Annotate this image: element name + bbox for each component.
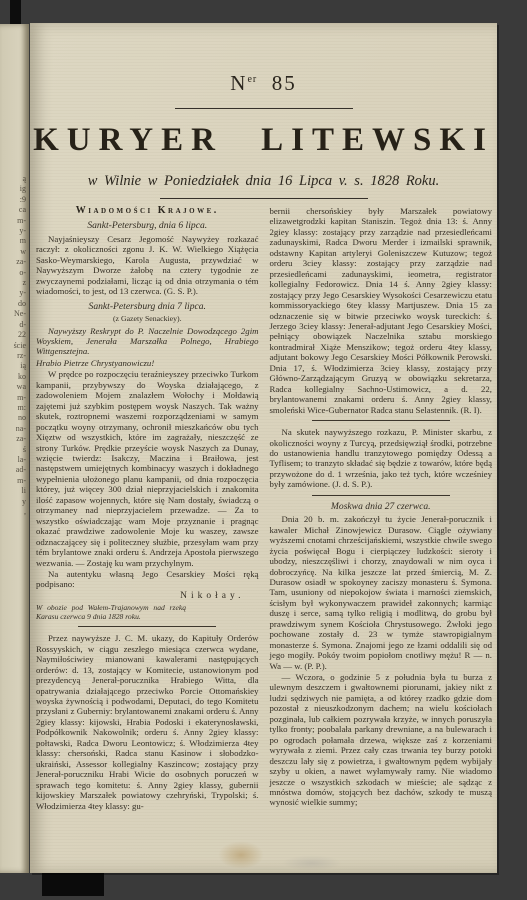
obituary-paragraph: Dnia 20 b. m. zakończył tu życie Jenerał… <box>270 514 493 671</box>
article2-subheading: (z Gazety Senackiey). <box>36 314 259 324</box>
masthead: Ner 85 KURYER LITEWSKI w Wilnie w Ponied… <box>30 71 497 199</box>
left-column: Wiadomości Krajowe. Sankt-Petersburg, dn… <box>36 206 259 812</box>
signature-place-date: W obozie pod Wałem-Trajanowym nad rzeką … <box>36 603 186 621</box>
rescript-title: Naywyższy Reskrypt do P. Naczelnie Dowod… <box>36 326 259 357</box>
previous-page-gutter-sliver: ą ig :9 ca m- y- m w za- o- z y- do Ne- … <box>0 24 29 873</box>
issue-value: 85 <box>272 71 297 95</box>
masthead-rule-bottom <box>160 198 368 199</box>
rescript-salutation: Hrabio Pietrze Chrystyanowiczu! <box>36 358 259 368</box>
signature-name: Nikołay. <box>36 591 245 601</box>
column-separator-rule <box>78 626 216 627</box>
masthead-rule-top <box>175 108 353 109</box>
right-column: bernii chersońskiey były Marszałek powia… <box>270 206 493 812</box>
body-columns: Wiadomości Krajowe. Sankt-Petersburg, dn… <box>30 199 497 812</box>
section-heading: Wiadomości Krajowe. <box>36 206 259 216</box>
trade-notice: Na skutek naywyższego rozkazu, P. Minist… <box>270 427 493 490</box>
article1-heading: Sankt-Petersburg, dnia 6 lipca. <box>36 221 259 231</box>
scan-border-artifact-bottom <box>42 873 104 896</box>
article1-body: Nayjaśnieyszy Cesarz Jegomość Naywyżey r… <box>36 234 259 297</box>
article2-heading: Sankt-Petersburg dnia 7 lipca. <box>36 302 259 312</box>
storm-report-paragraph: — Wczora, o godzinie 5 z południa była t… <box>270 672 493 808</box>
paper-smudge <box>282 855 342 871</box>
issue-superscript: er <box>247 74 257 85</box>
newspaper-page: Ner 85 KURYER LITEWSKI w Wilnie w Ponied… <box>30 23 497 873</box>
column-separator-rule <box>312 495 450 496</box>
paper-stain <box>218 841 264 869</box>
issue-prefix: N <box>230 71 247 95</box>
gutter-text-fragments: ą ig :9 ca m- y- m w za- o- z y- do Ne- … <box>2 174 26 517</box>
newspaper-title: KURYER LITEWSKI <box>30 122 497 159</box>
column-separator-rule <box>312 420 450 421</box>
awards-continuation: bernii chersońskiey były Marszałek powia… <box>270 206 493 415</box>
awards-body: Przez naywyższe J. C. M. ukazy, do Kapit… <box>36 633 259 811</box>
rescript-body: W prędce po rozpoczęciu teraźnieyszey pr… <box>36 369 259 568</box>
masthead-dateline: w Wilnie w Poniedziałek dnia 16 Lipca v.… <box>30 173 497 190</box>
scanned-newspaper-page: ą ig :9 ca m- y- m w za- o- z y- do Ne- … <box>0 0 527 900</box>
issue-number: Ner 85 <box>30 71 497 96</box>
moscow-heading: Moskwa dnia 27 czerwca. <box>270 502 493 512</box>
signature-line: Na autentyku własną Jego Cesarskiey Mośc… <box>36 569 259 590</box>
